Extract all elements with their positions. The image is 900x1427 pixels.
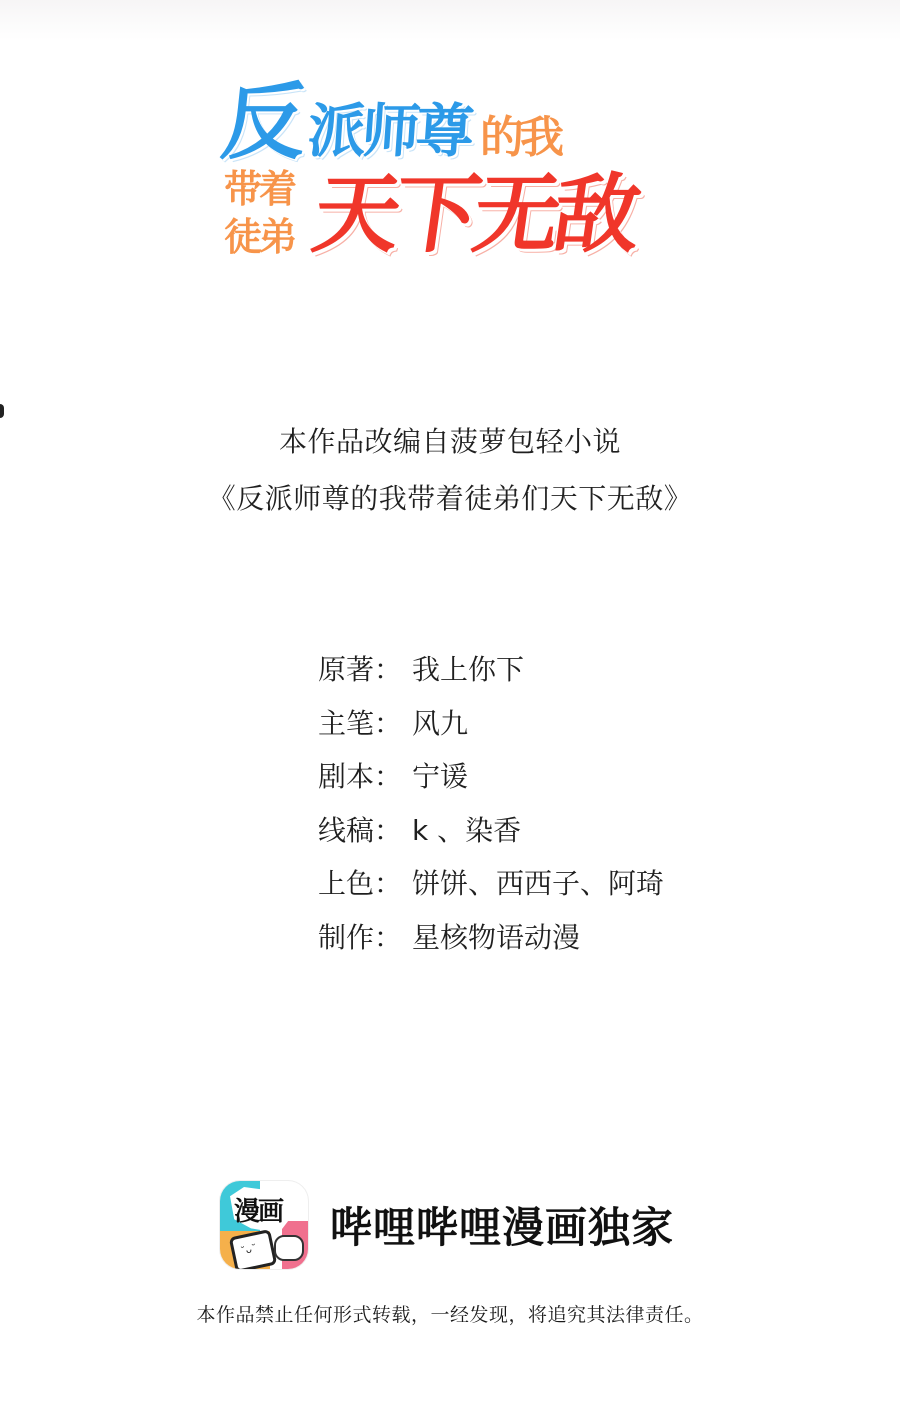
credit-row-lineart: 线稿： k 、染香 xyxy=(318,809,664,863)
novel-title: 《反派师尊的我带着徒弟们天下无敌》 xyxy=(0,477,900,517)
credit-value: k 、染香 xyxy=(412,809,521,863)
tv-mascot-icon: ˘ᴗ˘ xyxy=(229,1229,278,1269)
credit-value: 饼饼、西西子、阿琦 xyxy=(412,862,664,916)
credit-row-lead-artist: 主笔： 风九 xyxy=(318,702,664,756)
credit-row-production: 制作： 星核物语动漫 xyxy=(318,916,664,970)
credit-row-coloring: 上色： 饼饼、西西子、阿琦 xyxy=(318,862,664,916)
credit-role: 线稿： xyxy=(318,809,412,863)
comic-title-logo: 反 派师尊 的我 带着 徒弟 天下无敌 xyxy=(222,80,712,270)
logo-line2-top: 带着 xyxy=(224,170,294,208)
credit-role: 剧本： xyxy=(318,755,412,809)
credit-row-script: 剧本： 宁谖 xyxy=(318,755,664,809)
adaptation-note: 本作品改编自菠萝包轻小说 xyxy=(0,420,900,460)
credit-value: 我上你下 xyxy=(412,648,524,702)
logo-line1: 派师尊 xyxy=(306,102,472,160)
bilibili-comics-app-icon: 漫画 ˘ᴗ˘ xyxy=(220,1181,308,1269)
credit-value: 星核物语动漫 xyxy=(412,916,580,970)
app-icon-glyph: 漫画 xyxy=(234,1191,282,1228)
credit-value: 宁谖 xyxy=(412,755,468,809)
logo-line2-big: 天下无敌 xyxy=(308,172,640,258)
thumbs-up-icon xyxy=(274,1235,304,1261)
credit-row-original: 原著： 我上你下 xyxy=(318,648,664,702)
credit-role: 主笔： xyxy=(318,702,412,756)
edge-mark xyxy=(0,404,4,418)
logo-line1-small: 的我 xyxy=(480,116,560,160)
credit-value: 风九 xyxy=(412,702,468,756)
credit-role: 制作： xyxy=(318,916,412,970)
platform-brand: 漫画 ˘ᴗ˘ 哔哩哔哩漫画独家 xyxy=(220,1181,674,1269)
credit-role: 原著： xyxy=(318,648,412,702)
logo-line2-bottom: 徒弟 xyxy=(224,218,294,256)
copyright-notice: 本作品禁止任何形式转载，一经发现，将追究其法律责任。 xyxy=(0,1300,900,1327)
credit-role: 上色： xyxy=(318,862,412,916)
logo-char-fan: 反 xyxy=(218,80,309,164)
credits-list: 原著： 我上你下 主笔： 风九 剧本： 宁谖 线稿： k 、染香 上色： 饼饼、… xyxy=(318,648,664,969)
exclusive-label: 哔哩哔哩漫画独家 xyxy=(330,1195,674,1255)
top-fade xyxy=(0,0,900,40)
